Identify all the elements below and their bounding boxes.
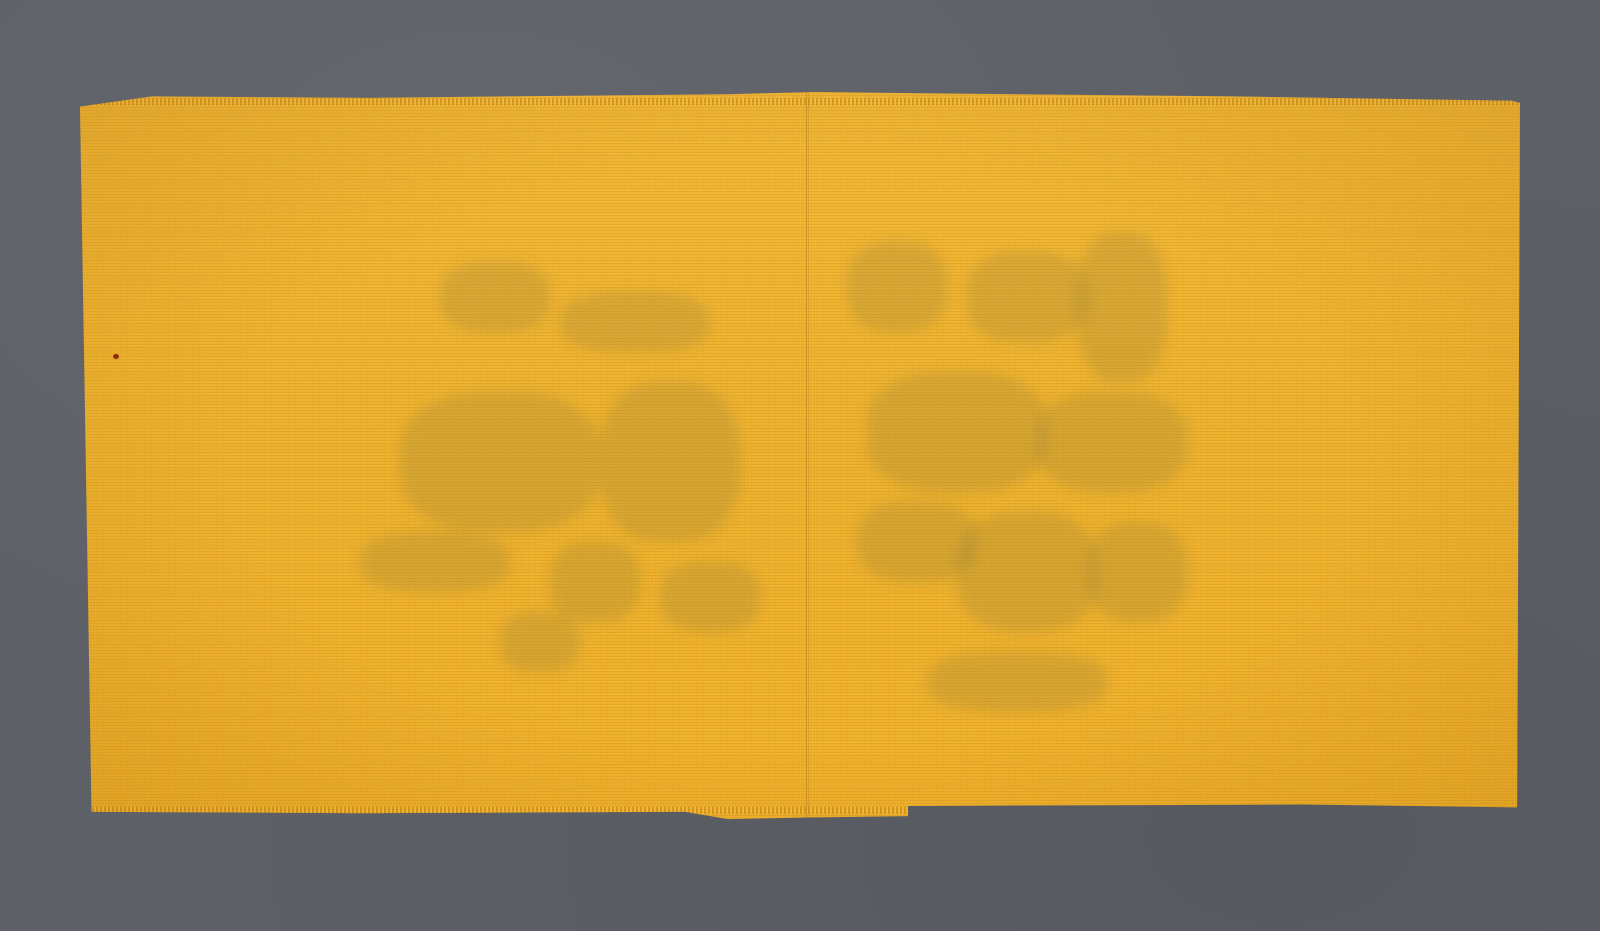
faint-mark [927,652,1107,712]
faint-mark [400,392,600,532]
faint-mark [660,562,760,632]
faint-mark [1077,232,1167,382]
left-panel [80,92,807,822]
faint-mark [550,542,640,622]
faint-mark [1037,392,1187,492]
faint-mark [957,512,1097,632]
faint-mark [867,372,1047,492]
faint-mark [1087,522,1187,622]
faint-mark [560,292,710,352]
red-stain [113,354,119,359]
faint-mark [967,252,1087,342]
yellow-textile [80,92,1520,822]
faint-mark [600,382,740,542]
faint-mark [360,532,510,592]
faint-mark [500,612,580,672]
faint-mark [440,262,550,332]
right-panel [807,92,1520,822]
faint-mark [847,242,947,332]
